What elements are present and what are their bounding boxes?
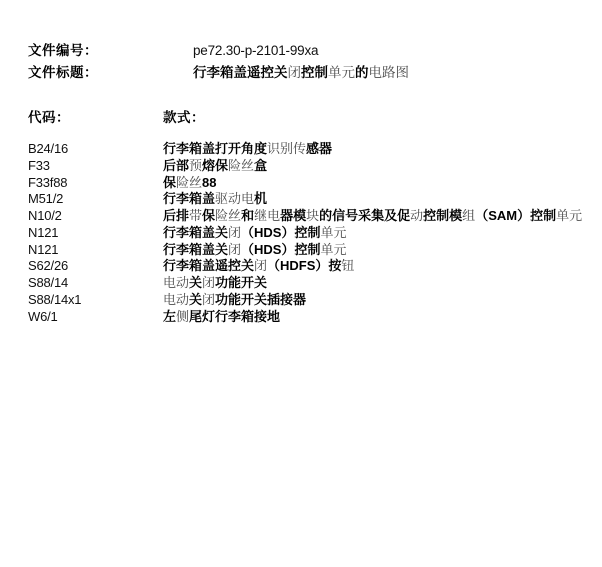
text-segment: 驱动电 (215, 191, 254, 206)
code-row: W6/1左侧尾灯行李箱接地 (28, 309, 596, 326)
text-segment: 行李箱盖打开角度 (163, 141, 267, 156)
description-cell: 电动关闭功能开关插接器 (163, 292, 596, 309)
document-header: 文件编号： pe72.30-p-2101-99xa 文件标题： 行李箱盖遥控关闭… (28, 40, 596, 84)
code-row: S62/26行李箱盖遥控关闭（HDFS）按钮 (28, 258, 596, 275)
description-cell: 左侧尾灯行李箱接地 (163, 309, 596, 326)
text-segment: 动 (410, 208, 423, 223)
text-segment: 盒 (254, 158, 267, 173)
document-title-label: 文件标题： (28, 62, 193, 84)
text-segment: 左 (163, 309, 176, 324)
text-segment: 保 (163, 175, 176, 190)
text-segment: 钮 (341, 258, 354, 273)
code-row: S88/14电动关闭功能开关 (28, 275, 596, 292)
text-segment: 机 (254, 191, 267, 206)
code-cell: M51/2 (28, 191, 163, 208)
code-cell: B24/16 (28, 141, 163, 158)
text-segment: 带 (189, 208, 202, 223)
text-segment: 感器 (306, 141, 332, 156)
text-segment: 功能开关插接器 (215, 292, 306, 307)
style-column-caption: 款式： (163, 109, 205, 127)
document-number-label: 文件编号： (28, 40, 193, 62)
document-title-row: 文件标题： 行李箱盖遥控关闭控制单元的电路图 (28, 62, 596, 84)
code-row: F33后部预熔保险丝盒 (28, 158, 596, 175)
text-segment: 器模 (280, 208, 306, 223)
description-cell: 后部预熔保险丝盒 (163, 158, 596, 175)
text-segment: 后部 (163, 158, 189, 173)
text-segment: 闭 (228, 242, 241, 257)
text-segment: 后排 (163, 208, 189, 223)
text-segment: 闭 (254, 258, 267, 273)
text-segment: 险丝 (176, 175, 202, 190)
text-segment: 功能开关 (215, 275, 267, 290)
code-cell: N121 (28, 242, 163, 259)
code-cell: N10/2 (28, 208, 163, 225)
text-segment: 行李箱盖遥控关 (193, 65, 288, 80)
code-cell: F33f88 (28, 175, 163, 192)
code-row: N10/2后排带保险丝和继电器模块的信号采集及促动控制模组（SAM）控制单元 (28, 208, 596, 225)
text-segment: 关 (189, 275, 202, 290)
document-title-value: 行李箱盖遥控关闭控制单元的电路图 (193, 62, 596, 84)
text-segment: 行李箱盖关 (163, 225, 228, 240)
text-segment: 保 (202, 208, 215, 223)
document-content: 文件编号： pe72.30-p-2101-99xa 文件标题： 行李箱盖遥控关闭… (28, 40, 596, 325)
code-row: N121行李箱盖关闭（HDS）控制单元 (28, 242, 596, 259)
text-segment: 险丝 (228, 158, 254, 173)
code-cell: F33 (28, 158, 163, 175)
text-segment: 闭 (228, 225, 241, 240)
description-cell: 行李箱盖关闭（HDS）控制单元 (163, 242, 596, 259)
text-segment: 闭 (202, 275, 215, 290)
text-segment: 电动 (163, 292, 189, 307)
code-cell: N121 (28, 225, 163, 242)
text-segment: 的 (355, 65, 369, 80)
text-segment: 预 (189, 158, 202, 173)
text-segment: （HDFS）按 (267, 258, 341, 273)
description-cell: 行李箱盖驱动电机 (163, 191, 596, 208)
code-row: S88/14x1电动关闭功能开关插接器 (28, 292, 596, 309)
code-row: B24/16行李箱盖打开角度识别传感器 (28, 141, 596, 158)
document-page: 文件编号： pe72.30-p-2101-99xa 文件标题： 行李箱盖遥控关闭… (0, 0, 602, 567)
text-segment: 单元 (556, 208, 582, 223)
text-segment: 单元 (320, 242, 346, 257)
code-row: M51/2行李箱盖驱动电机 (28, 191, 596, 208)
code-cell: S62/26 (28, 258, 163, 275)
text-segment: 88 (202, 175, 216, 190)
text-segment: （SAM）控制 (475, 208, 556, 223)
text-segment: （HDS）控制 (241, 225, 320, 240)
code-row: N121行李箱盖关闭（HDS）控制单元 (28, 225, 596, 242)
text-segment: 险丝 (215, 208, 241, 223)
code-cell: W6/1 (28, 309, 163, 326)
code-cell: S88/14x1 (28, 292, 163, 309)
document-number-value: pe72.30-p-2101-99xa (193, 40, 596, 62)
text-segment: 识别传 (267, 141, 306, 156)
text-segment: （HDS）控制 (241, 242, 320, 257)
description-cell: 后排带保险丝和继电器模块的信号采集及促动控制模组（SAM）控制单元 (163, 208, 596, 225)
text-segment: 块 (306, 208, 319, 223)
text-segment: 单元 (320, 225, 346, 240)
text-segment: 电路图 (369, 65, 410, 80)
text-segment: 行李箱盖关 (163, 242, 228, 257)
text-segment: 闭 (202, 292, 215, 307)
text-segment: 侧 (176, 309, 189, 324)
text-segment: 闭 (288, 65, 302, 80)
code-column-caption: 代码： (28, 109, 163, 127)
text-segment: 继电 (254, 208, 280, 223)
text-segment: pe72.30-p-2101-99xa (193, 43, 318, 58)
text-segment: 控制 (301, 65, 328, 80)
column-captions: 代码： 款式： (28, 109, 596, 127)
text-segment: 行李箱盖 (163, 191, 215, 206)
text-segment: 的信号采集及促 (319, 208, 410, 223)
code-legend-list: B24/16行李箱盖打开角度识别传感器F33后部预熔保险丝盒F33f88保险丝8… (28, 141, 596, 325)
text-segment: 组 (462, 208, 475, 223)
description-cell: 电动关闭功能开关 (163, 275, 596, 292)
text-segment: 单元 (328, 65, 355, 80)
code-row: F33f88保险丝88 (28, 175, 596, 192)
text-segment: 电动 (163, 275, 189, 290)
description-cell: 行李箱盖遥控关闭（HDFS）按钮 (163, 258, 596, 275)
text-segment: 控制模 (423, 208, 462, 223)
text-segment: 和 (241, 208, 254, 223)
description-cell: 行李箱盖打开角度识别传感器 (163, 141, 596, 158)
text-segment: 行李箱盖遥控关 (163, 258, 254, 273)
description-cell: 行李箱盖关闭（HDS）控制单元 (163, 225, 596, 242)
document-number-row: 文件编号： pe72.30-p-2101-99xa (28, 40, 596, 62)
description-cell: 保险丝88 (163, 175, 596, 192)
text-segment: 尾灯行李箱接地 (189, 309, 280, 324)
text-segment: 关 (189, 292, 202, 307)
code-cell: S88/14 (28, 275, 163, 292)
text-segment: 熔保 (202, 158, 228, 173)
